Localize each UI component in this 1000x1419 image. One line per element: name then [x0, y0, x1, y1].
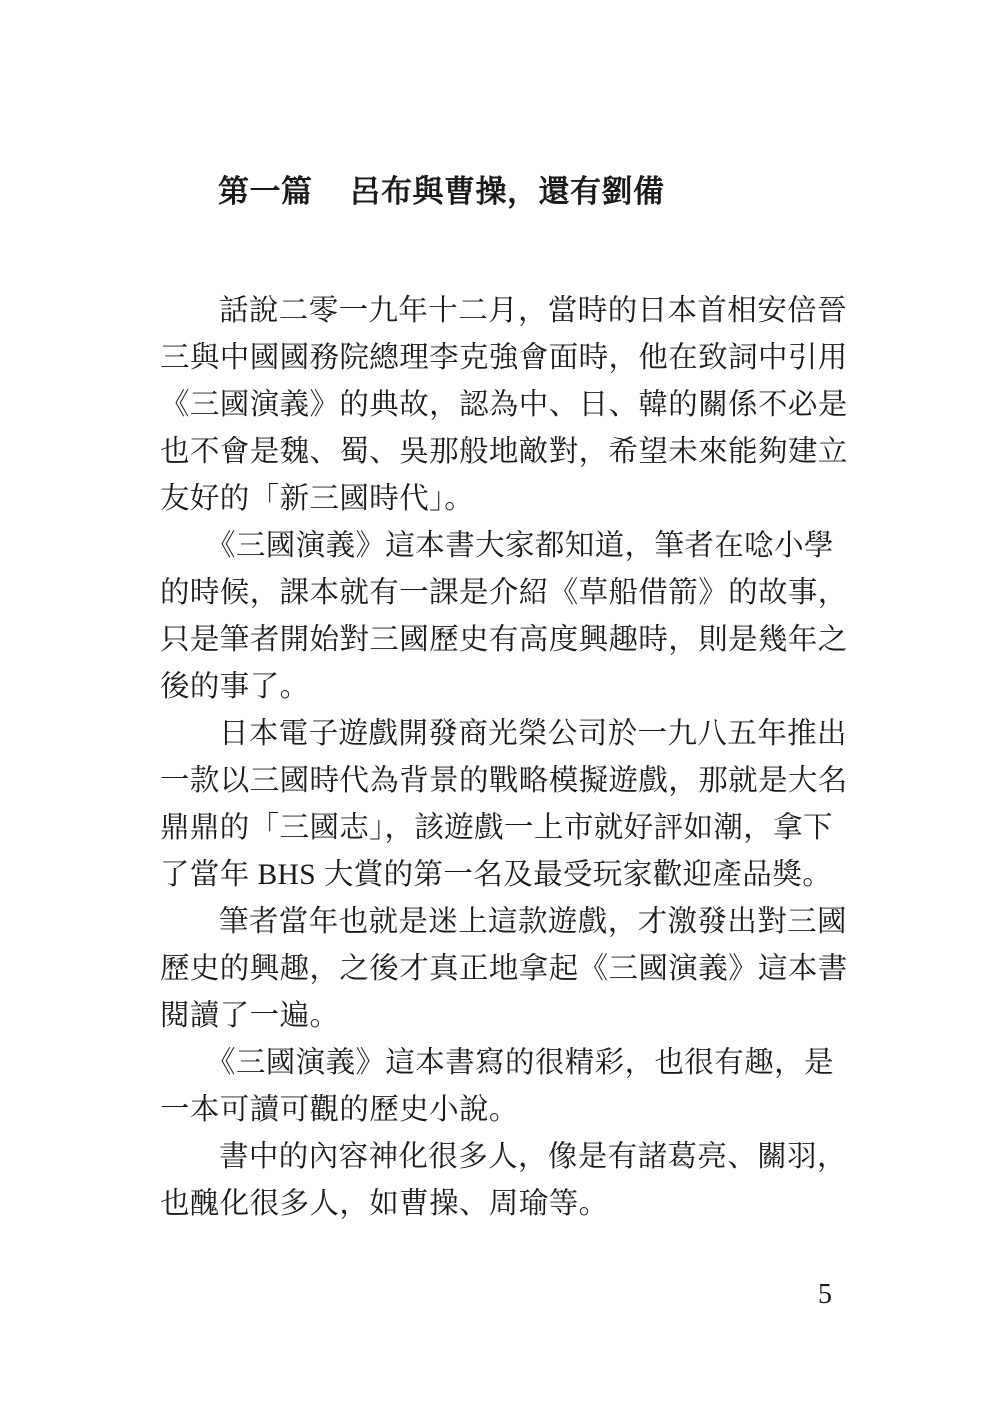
text-line: 也不會是魏、蜀、吳那般地敵對，希望未來能夠建立 [160, 429, 852, 476]
chapter-heading: 第一篇呂布與曹操，還有劉備 [218, 172, 665, 212]
body-text: 話說二零一九年十二月，當時的日本首相安倍晉 三與中國國務院總理李克強會面時，他在… [160, 288, 852, 1228]
text-line: 歷史的興趣，之後才真正地拿起《三國演義》這本書 [160, 946, 852, 993]
text-line: 只是筆者開始對三國歷史有高度興趣時，則是幾年之 [160, 617, 852, 664]
page-number: 5 [818, 1278, 832, 1312]
text-line: 一本可讀可觀的歷史小說。 [160, 1087, 852, 1134]
chapter-number: 第一篇 [218, 174, 313, 209]
text-line: 閱讀了一遍。 [160, 993, 852, 1040]
text-line: 後的事了。 [160, 664, 852, 711]
text-line: 三與中國國務院總理李克強會面時，他在致詞中引用 [160, 335, 852, 382]
text-line: 日本電子遊戲開發商光榮公司於一九八五年推出 [160, 711, 852, 758]
document-page: 第一篇呂布與曹操，還有劉備 話說二零一九年十二月，當時的日本首相安倍晉 三與中國… [0, 0, 1000, 1419]
text-line: 《三國演義》的典故，認為中、日、韓的關係不必是 [160, 382, 852, 429]
text-line: 了當年 BHS 大賞的第一名及最受玩家歡迎產品獎。 [160, 852, 852, 899]
text-line: 《三國演義》這本書大家都知道，筆者在唸小學 [160, 523, 852, 570]
text-line: 也醜化很多人，如曹操、周瑜等。 [160, 1181, 852, 1228]
text-line: 書中的內容神化很多人，像是有諸葛亮、關羽， [160, 1134, 852, 1181]
text-line: 筆者當年也就是迷上這款遊戲，才激發出對三國 [160, 899, 852, 946]
chapter-title: 呂布與曹操，還有劉備 [350, 172, 665, 212]
text-line: 的時候，課本就有一課是介紹《草船借箭》的故事， [160, 570, 852, 617]
text-line: 話說二零一九年十二月，當時的日本首相安倍晉 [160, 288, 852, 335]
text-line: 一款以三國時代為背景的戰略模擬遊戲，那就是大名 [160, 758, 852, 805]
text-line: 《三國演義》這本書寫的很精彩，也很有趣，是 [160, 1040, 852, 1087]
text-line: 友好的「新三國時代」。 [160, 476, 852, 523]
text-line: 鼎鼎的「三國志」，該遊戲一上市就好評如潮，拿下 [160, 805, 852, 852]
